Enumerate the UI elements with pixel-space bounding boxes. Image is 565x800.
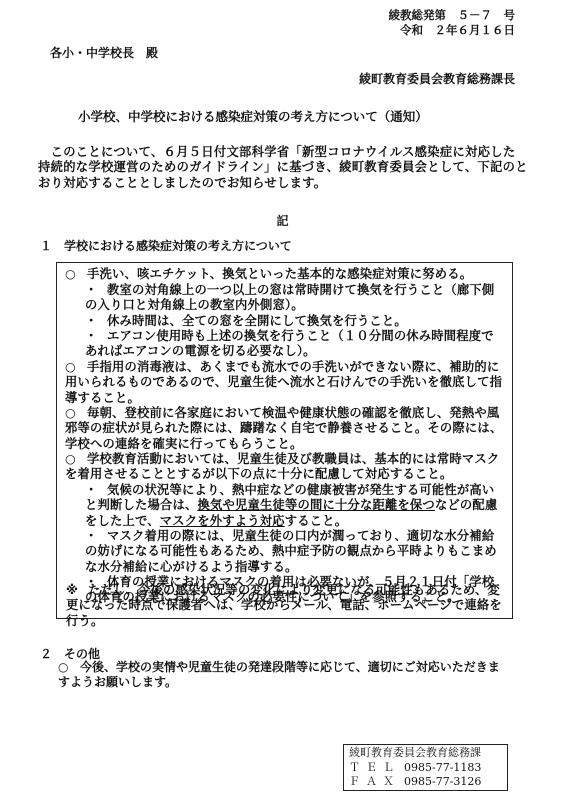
- list-item: ・エアコン使用時も上述の換気を行うこと（１０分間の休み時間程度であればエアコンの…: [85, 329, 505, 360]
- section-1-heading: １ 学校における感染症対策の考え方について: [40, 237, 292, 254]
- contact-box: 綾町教育委員会教育総務課 ＴＥＬ0985-77-1183 ＦＡＸ0985-77-…: [343, 744, 508, 791]
- list-item: ○手洗い、咳エチケット、換気といった基本的な感染症対策に努める。: [65, 267, 505, 282]
- intro-paragraph: このことについて、６月５日付文部科学省「新型コロナウイルス感染症に対応した持続的…: [38, 145, 528, 191]
- fax-number: 0985-77-3126: [404, 775, 481, 788]
- list-item: ・気候の状況等により、熱中症などの健康被害が発生する可能性が高いと判断した場合は…: [85, 483, 505, 529]
- bullet-marker: ・: [85, 283, 107, 298]
- tel-label: ＴＥＬ: [349, 761, 404, 776]
- guidelines-box: ○手洗い、咳エチケット、換気といった基本的な感染症対策に努める。 ・教室の対角線…: [56, 262, 513, 619]
- contact-office: 綾町教育委員会教育総務課: [349, 746, 507, 761]
- list-item: ・マスク着用の際には、児童生徒の口内が潤っており、適切な水分補給の妨げになる可能…: [85, 529, 505, 575]
- underlined-text: 換気や児童生徒等の間に十分な距離を保つ: [197, 498, 434, 512]
- section-2-paragraph: ○今後、学校の実情や児童生徒の発達段階等に応じて、適切にご対応いただきますようお…: [58, 660, 508, 690]
- list-item: ○毎朝、登校前に各家庭において検温や健康状態の確認を徹底し、発熱や風邪等の症状が…: [65, 406, 505, 452]
- sender: 綾町教育委員会教育総務課長: [359, 70, 515, 87]
- note-marker: ※: [66, 583, 88, 598]
- fax-label: ＦＡＸ: [349, 775, 404, 790]
- list-item: ○手指用の消毒液は、あくまでも流水での手洗いができない際に、補助的に用いられるも…: [65, 360, 505, 406]
- circle-marker: ○: [65, 360, 87, 375]
- tel-number: 0985-77-1183: [404, 761, 481, 774]
- list-item: ○学校教育活動においては、児童生徒及び教職員は、基本的には常時マスクを着用させる…: [65, 452, 505, 483]
- bullet-marker: ・: [85, 529, 107, 544]
- bullet-marker: ・: [85, 329, 107, 344]
- bullet-marker: ・: [85, 314, 107, 329]
- ki-heading: 記: [0, 212, 565, 229]
- document-title: 小学校、中学校における感染症対策の考え方について（通知）: [78, 107, 428, 125]
- circle-marker: ○: [65, 267, 87, 282]
- document-number: 綾教総発第 ５－７ 号: [389, 8, 516, 23]
- addressee: 各小・中学校長 殿: [50, 44, 158, 61]
- bullet-marker: ・: [85, 483, 107, 498]
- note: ※ただし、今後の感染状況等の変化により変更になる可能性もあるため、変更になった時…: [66, 583, 506, 629]
- contact-tel-row: ＴＥＬ0985-77-1183: [349, 761, 507, 776]
- list-item: ・休み時間は、全ての窓を全開にして換気を行うこと。: [85, 314, 505, 329]
- circle-marker: ○: [65, 452, 87, 467]
- contact-fax-row: ＦＡＸ0985-77-3126: [349, 775, 507, 790]
- document-date: 令和 ２年６月１６日: [400, 23, 515, 38]
- underlined-text: マスクを外すよう対応: [160, 514, 285, 528]
- circle-marker: ○: [65, 406, 87, 421]
- list-item: ・教室の対角線上の一つ以上の窓は常時開けて換気を行うこと（廊下側の入り口と対角線…: [85, 283, 505, 314]
- circle-marker: ○: [58, 660, 80, 675]
